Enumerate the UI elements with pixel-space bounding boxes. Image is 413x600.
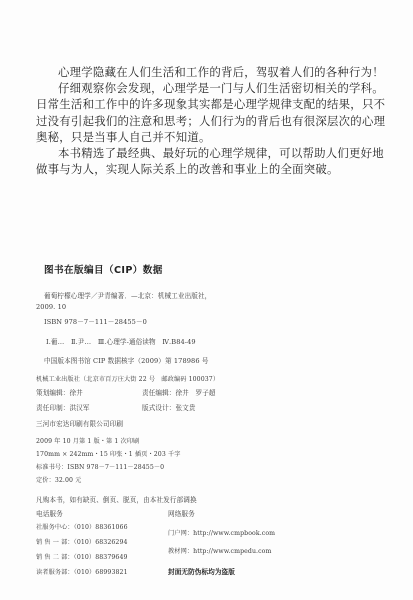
intro-paragraph-3: 本书精选了最经典、最好玩的心理学规律，可以帮助人们更好地做事与为人，实现人际关系… bbox=[36, 145, 394, 177]
intro-paragraph-2: 仔细观察你会发现，心理学是一门与人们生活密切相关的学科。日常生活和工作中的许多现… bbox=[36, 80, 394, 145]
portal-website-link[interactable]: 门户网：http://www.cmpbook.com bbox=[168, 528, 275, 537]
cip-isbn: ISBN 978－7－111－28455－0 bbox=[44, 316, 147, 326]
book-copyright-page: 心理学隐藏在人们生活和工作的背后，驾驭着人们的各种行为！ 仔细观察你会发现，心理… bbox=[0, 0, 413, 600]
planning-editor: 策划编辑：徐井 bbox=[36, 387, 83, 397]
cip-record-line-1: 葡萄柠檬心理学／尹青编著．—北京：机械工业出版社， bbox=[44, 290, 211, 300]
intro-paragraph-1: 心理学隐藏在人们生活和工作的背后，驾驭着人们的各种行为！ bbox=[36, 64, 394, 80]
print-supervisor: 责任印制：洪汉军 bbox=[36, 402, 90, 412]
edu-website-link[interactable]: 教材网：http://www.cmpedu.com bbox=[168, 546, 271, 555]
phone-sales-1: 销 售 一 部：（010）68326294 bbox=[36, 537, 128, 546]
printer: 三河市宏达印刷有限公司印刷 bbox=[36, 418, 123, 428]
replacement-notice: 凡购本书，如有缺页、倒页、脱页，由本社发行部调换 bbox=[36, 494, 197, 504]
phone-service-header: 电话服务 bbox=[36, 508, 63, 518]
publisher-address: 机械工业出版社（北京市百万庄大街 22 号 邮政编码 100037） bbox=[36, 374, 219, 383]
layout-design: 版式设计：张文贵 bbox=[142, 402, 196, 412]
cip-title: 图书在版编目（CIP）数据 bbox=[44, 262, 163, 276]
network-service-header: 网络服务 bbox=[168, 508, 195, 518]
format-info: 170mm × 242mm・15 印张・1 插页・203 千字 bbox=[36, 449, 181, 458]
intro-text: 心理学隐藏在人们生活和工作的背后，驾驭着人们的各种行为！ 仔细观察你会发现，心理… bbox=[36, 64, 394, 177]
phone-service-center: 社服务中心：（010）88361066 bbox=[36, 522, 128, 531]
anti-piracy-notice: 封面无防伪标均为盗版 bbox=[168, 566, 235, 576]
cip-number: 中国版本图书馆 CIP 数据核字（2009）第 178986 号 bbox=[44, 355, 209, 365]
phone-sales-2: 销 售 二 部：（010）88379649 bbox=[36, 552, 128, 561]
responsible-editor: 责任编辑：徐井 罗子超 bbox=[142, 387, 216, 397]
edition-info: 2009 年 10 月第 1 版・第 1 次印刷 bbox=[36, 436, 139, 445]
price: 定价：32.00 元 bbox=[36, 475, 81, 484]
cip-classification: Ⅰ.葡… Ⅱ.尹… Ⅲ.心理学-通俗读物 Ⅳ.B84-49 bbox=[46, 336, 196, 346]
standard-isbn: 标准书号：ISBN 978－7－111－28455－0 bbox=[36, 462, 164, 471]
phone-reader-service: 读者服务部：（010）68993821 bbox=[36, 567, 128, 576]
cip-record-line-2: 2009. 10 bbox=[36, 303, 66, 311]
